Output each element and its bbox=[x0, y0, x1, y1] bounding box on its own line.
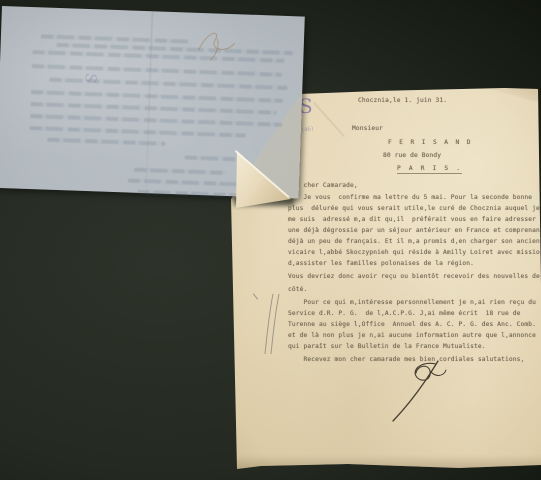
carbon-typed-line bbox=[31, 90, 283, 102]
recipient-city: P A R I S . bbox=[397, 165, 462, 174]
pencil-tick-mark bbox=[253, 293, 258, 299]
body-line: Turenne au siège l,Office Annuel des A. … bbox=[288, 321, 536, 328]
recipient-title: Monsieur bbox=[352, 125, 383, 132]
carbon-typed-line bbox=[128, 179, 240, 186]
carbon-typed-line bbox=[41, 34, 189, 43]
pencil-margin-marks bbox=[262, 291, 288, 357]
body-line: Service d.R. P. G. de l,A.C.P.G. J,ai mê… bbox=[288, 310, 521, 317]
purple-stamp-sub-fragment: (46) bbox=[301, 126, 315, 134]
carbon-typed-line bbox=[138, 190, 240, 197]
body-line: Je vous confirme ma lettre du 5 mai. Pou… bbox=[288, 194, 532, 201]
ghost-stamp-mark: S bbox=[81, 72, 100, 84]
body-line: me suis adressé m,a dit qu,il préférait … bbox=[288, 216, 536, 223]
carbon-lines bbox=[2, 6, 305, 17]
recipient-name: F E R I S A N D bbox=[388, 139, 472, 146]
carbon-typed-line bbox=[134, 168, 226, 175]
body-line: une déjà dégrossie par un séjour antérie… bbox=[288, 227, 541, 234]
carbon-typed-line bbox=[30, 114, 282, 126]
scan-background: S (46) Chocznia,le 1. juin 31. Monsieur … bbox=[0, 0, 541, 480]
body-line: vicaire l,abbé Skoczypnieh qui réside à … bbox=[288, 249, 541, 256]
body-line: Vous devriez donc avoir reçu ou bientôt … bbox=[288, 273, 541, 280]
body-line: côté. bbox=[288, 286, 307, 293]
dateline: Chocznia,le 1. juin 31. bbox=[358, 97, 447, 104]
recipient-street: 80 rue de Bondy bbox=[383, 152, 441, 159]
paper-bottom-shade bbox=[228, 455, 541, 471]
body-line: Pour ce qui m,intéresse personnellement … bbox=[288, 299, 536, 306]
body-line: déjà un peu de français. Et il m,a promi… bbox=[288, 238, 540, 245]
pencil-scribble-icon bbox=[193, 19, 247, 67]
body-line: d,assister les familles polonaises de la… bbox=[288, 260, 474, 267]
body-line: qui paraît sur le Bulletin de la France … bbox=[288, 343, 486, 350]
body-line: et de là non plus je n,ai aucune informa… bbox=[288, 332, 536, 339]
body-line: plus délurée qui vous serait utile,le cu… bbox=[288, 205, 540, 212]
carbon-typed-line bbox=[31, 102, 277, 114]
top-right-fold-crease bbox=[490, 85, 541, 107]
carbon-typed-line bbox=[30, 126, 246, 137]
paper-crease bbox=[313, 102, 345, 137]
handwritten-signature-icon bbox=[386, 357, 450, 425]
